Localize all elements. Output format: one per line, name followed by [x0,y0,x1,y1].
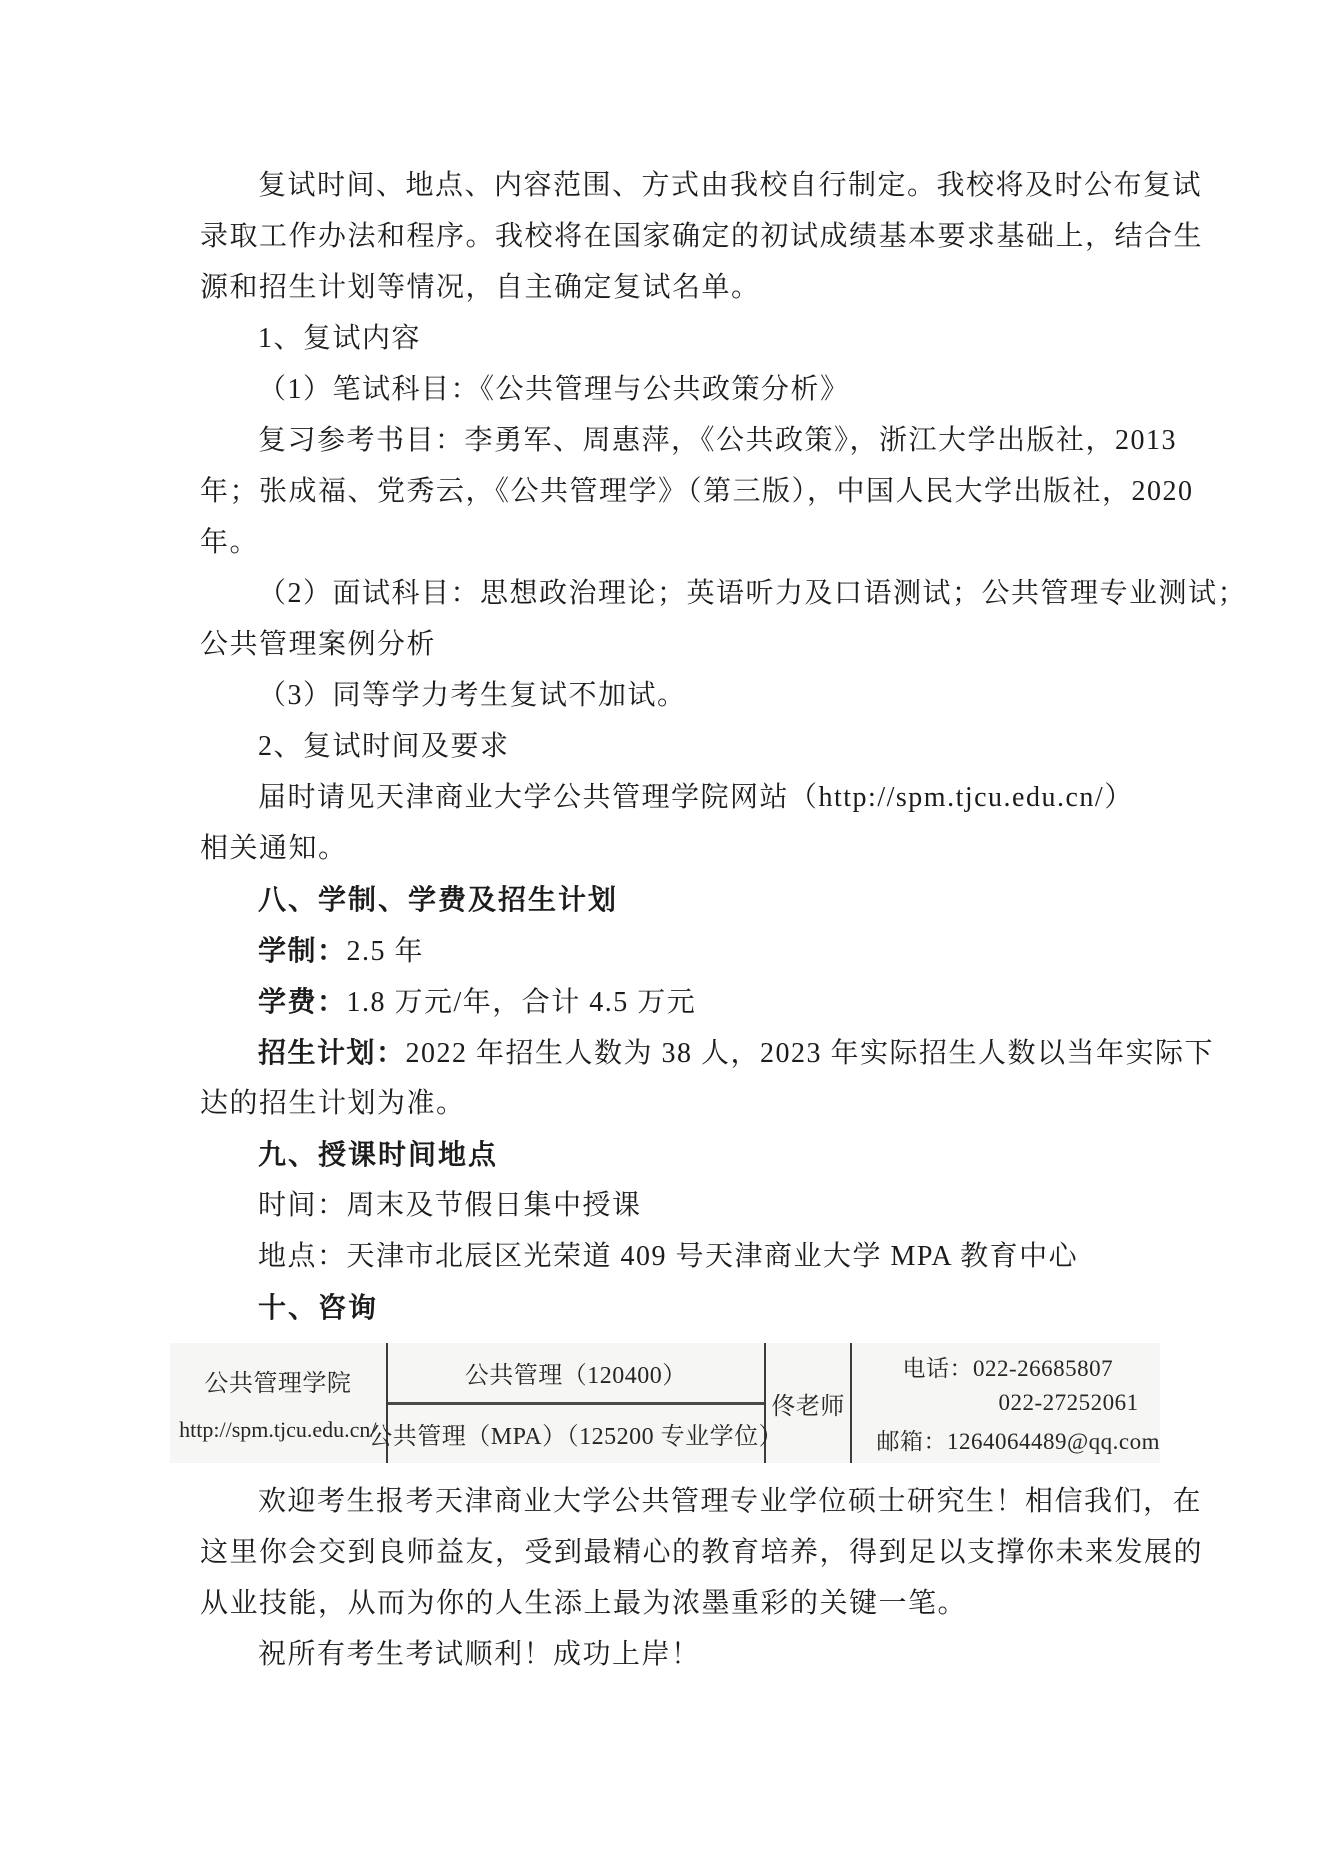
phone-number-1: 022-26685807 [973,1356,1113,1381]
text-line: 学费：1.8 万元/年，合计 4.5 万元 [200,976,1160,1027]
document-text-bottom: 欢迎考生报考天津商业大学公共管理专业学位硕士研究生！相信我们，在这里你会交到良师… [200,1476,1160,1680]
consult-table: 公共管理学院 http://spm.tjcu.edu.cn/ 公共管理（1204… [170,1343,1160,1463]
field-label: 学制： [258,935,347,966]
text-line: （3）同等学力考生复试不加试。 [200,670,1160,721]
text-line: 欢迎考生报考天津商业大学公共管理专业学位硕士研究生！相信我们，在 [200,1476,1160,1527]
text-line: 这里你会交到良师益友，受到最精心的教育培养，得到足以支撑你未来发展的 [200,1527,1160,1578]
program-academic: 公共管理（120400） [388,1343,764,1405]
program-professional: 公共管理（MPA）（125200 专业学位） [388,1405,764,1464]
college-name: 公共管理学院 [204,1363,351,1398]
section-heading: 十、咨询 [200,1282,1160,1333]
text-line: 复习参考书目：李勇军、周惠萍，《公共政策》，浙江大学出版社，2013 [200,415,1160,466]
text-line: 1、复试内容 [200,313,1160,364]
text-line: 地点：天津市北辰区光荣道 409 号天津商业大学 MPA 教育中心 [200,1231,1160,1282]
text-line: （2）面试科目：思想政治理论；英语听力及口语测试；公共管理专业测试； [200,568,1160,619]
text-line: 届时请见天津商业大学公共管理学院网站（http://spm.tjcu.edu.c… [200,772,1160,823]
text-line: 年；张成福、党秀云，《公共管理学》（第三版），中国人民大学出版社，2020 [200,466,1160,517]
text-line: 时间：周末及节假日集中授课 [200,1180,1160,1231]
email-label: 邮箱： [876,1429,947,1454]
document-text-top: 复试时间、地点、内容范围、方式由我校自行制定。我校将及时公布复试录取工作办法和程… [200,160,1160,1333]
document-body: 复试时间、地点、内容范围、方式由我校自行制定。我校将及时公布复试录取工作办法和程… [200,160,1160,1680]
field-label: 招生计划： [258,1037,406,1068]
text-line: 达的招生计划为准。 [200,1078,1160,1129]
consult-details-cell: 电话：022-26685807 022-27252061 邮箱：12640644… [852,1343,1160,1463]
text-line: 从业技能，从而为你的人生添上最为浓墨重彩的关键一笔。 [200,1578,1160,1629]
consult-contact-cell: 佟老师 [766,1343,853,1463]
phone-line-1: 电话：022-26685807 [876,1350,1160,1383]
text-line: （1）笔试科目：《公共管理与公共政策分析》 [200,364,1160,415]
text-line: 源和招生计划等情况，自主确定复试名单。 [200,262,1160,313]
text-line: 公共管理案例分析 [200,619,1160,670]
consult-programs-cell: 公共管理（120400） 公共管理（MPA）（125200 专业学位） [386,1343,766,1463]
phone-number-2: 022-27252061 [998,1390,1138,1415]
phone-label: 电话： [902,1356,973,1381]
email-line: 邮箱：1264064489@qq.com [876,1423,1160,1456]
phone-line-2: 022-27252061 [876,1390,1160,1416]
text-line: 复试时间、地点、内容范围、方式由我校自行制定。我校将及时公布复试 [200,160,1160,211]
college-website: http://spm.tjcu.edu.cn/ [179,1417,376,1443]
document-page: 复试时间、地点、内容范围、方式由我校自行制定。我校将及时公布复试录取工作办法和程… [0,0,1323,1871]
section-heading: 九、授课时间地点 [200,1129,1160,1180]
text-line: 招生计划：2022 年招生人数为 38 人，2023 年实际招生人数以当年实际下 [200,1027,1160,1078]
section-heading: 八、学制、学费及招生计划 [200,874,1160,925]
consult-college-cell: 公共管理学院 http://spm.tjcu.edu.cn/ [170,1343,386,1463]
email-address: 1264064489@qq.com [947,1429,1160,1454]
text-line: 录取工作办法和程序。我校将在国家确定的初试成绩基本要求基础上，结合生 [200,211,1160,262]
text-line: 学制：2.5 年 [200,925,1160,976]
contact-person: 佟老师 [771,1386,845,1421]
text-line: 相关通知。 [200,823,1160,874]
text-line: 2、复试时间及要求 [200,721,1160,772]
field-label: 学费： [258,986,347,1017]
text-line: 祝所有考生考试顺利！成功上岸！ [200,1629,1160,1680]
text-line: 年。 [200,517,1160,568]
